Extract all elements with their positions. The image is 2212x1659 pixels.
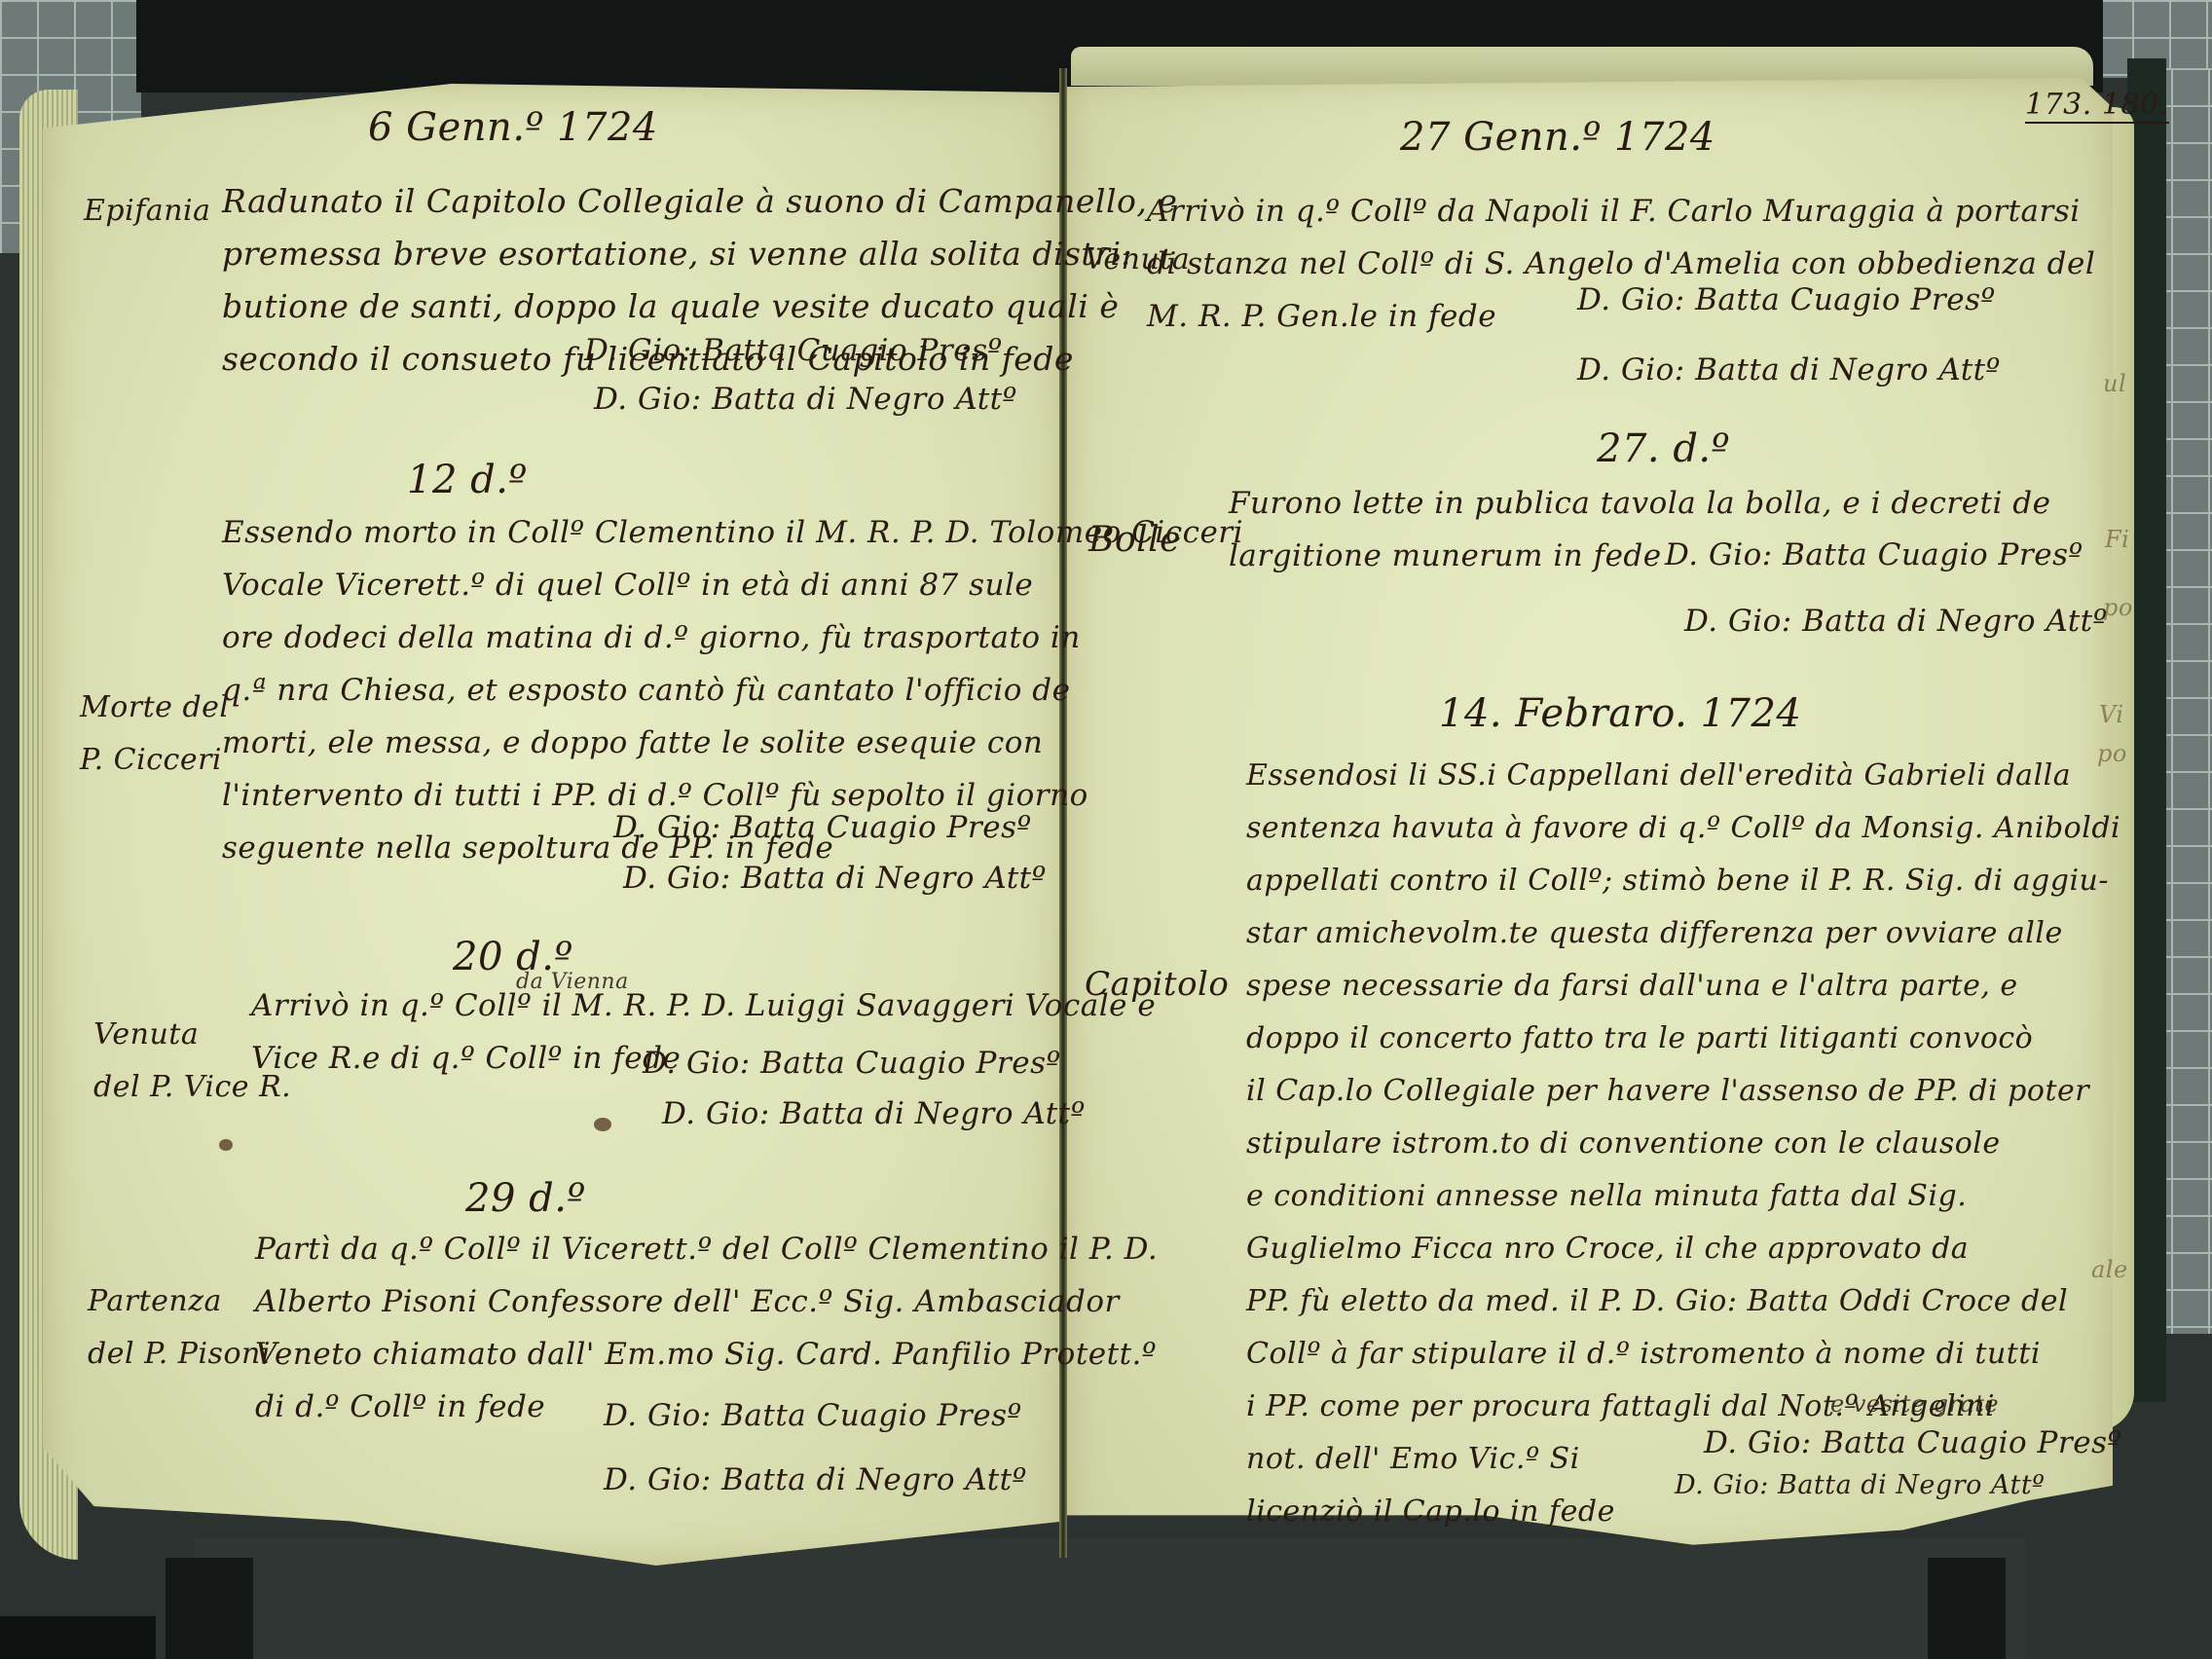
edge-fragment: Fi xyxy=(2105,526,2129,553)
entry-line: q.ª nra Chiesa, et esposto cantò fù cant… xyxy=(222,664,1243,717)
entry-line: Collº à far stipulare il d.º istromento … xyxy=(1246,1328,2120,1381)
margin-note-line: Morte del xyxy=(80,682,230,734)
entry-line: stipulare istrom.to di conventione con l… xyxy=(1246,1118,2120,1170)
edge-fragment: po xyxy=(2097,740,2127,767)
book-cradle-leg xyxy=(1928,1558,2006,1659)
book-cradle-leg xyxy=(166,1558,253,1659)
entry-date: 27. d.º xyxy=(1597,426,1730,471)
entry-line: sentenza havuta à favore di q.º Collº da… xyxy=(1246,802,2120,855)
entry-date: 29 d.º xyxy=(465,1176,586,1221)
signature: D. Gio: Batta Cuagio Presº xyxy=(1577,282,1996,317)
margin-note: Epifania xyxy=(84,185,211,238)
margin-note-line: Capitolo xyxy=(1085,958,1229,1011)
margin-note: Bolle xyxy=(1088,514,1181,567)
entry-line: Veneto chiamato dall' Em.mo Sig. Card. P… xyxy=(255,1328,1158,1381)
signature: D. Gio: Batta Cuagio Presº xyxy=(584,333,1003,368)
entry-line: Vocale Vicerett.º di quel Collº in età d… xyxy=(222,559,1243,611)
entry-line: ore dodeci della matina di d.º giorno, f… xyxy=(222,611,1243,664)
margin-note-line: del P. Pisoni xyxy=(88,1328,271,1381)
margin-note-line: Epifania xyxy=(84,185,211,238)
book-cradle-foot xyxy=(0,1616,156,1659)
entry-line: Partì da q.º Collº il Vicerett.º del Col… xyxy=(255,1223,1158,1275)
entry-line: PP. fù eletto da med. il P. D. Gio: Batt… xyxy=(1246,1275,2120,1328)
signature: D. Gio: Batta di Negro Attº xyxy=(1577,352,2001,387)
entry-line: Furono lette in publica tavola la bolla,… xyxy=(1229,477,2050,530)
margin-note-line: P. Cicceri xyxy=(80,734,230,787)
signature: D. Gio: Batta Cuagio Presº xyxy=(643,1046,1061,1081)
signature: D. Gio: Batta di Negro Attº xyxy=(1684,604,2108,639)
margin-note-line: Partenza xyxy=(88,1275,271,1328)
margin-note-line: Bolle xyxy=(1088,514,1181,567)
signature: D. Gio: Batta di Negro Attº xyxy=(662,1096,1086,1131)
signature: D. Gio: Batta di Negro Attº xyxy=(1675,1470,2045,1500)
interlinear-note: e vesite grate xyxy=(1830,1390,1999,1418)
signature: D. Gio: Batta Cuagio Presº xyxy=(1704,1425,2122,1460)
margin-note: Capitolo xyxy=(1085,958,1229,1011)
entry-line: il Cap.lo Collegiale per havere l'assens… xyxy=(1246,1065,2120,1118)
entry-line: Alberto Pisoni Confessore dell' Ecc.º Si… xyxy=(255,1275,1158,1328)
entry-line: butione de santi, doppo la quale vesite … xyxy=(222,280,1177,333)
entry-line: Arrivò in q.º Collº da Napoli il F. Carl… xyxy=(1147,185,2095,238)
entry-text: Arrivò in q.º Collº da Napoli il F. Carl… xyxy=(1147,185,2095,343)
entry-line: spese necessarie da farsi dall'una e l'a… xyxy=(1246,960,2120,1013)
entry-date: 27 Genn.º 1724 xyxy=(1400,115,1715,160)
entry-line: Arrivò in q.º Collº il M. R. P. D. Luigg… xyxy=(251,979,1156,1032)
book-cradle xyxy=(195,1538,2025,1659)
signature: D. Gio: Batta Cuagio Presº xyxy=(1665,537,2083,572)
signature: D. Gio: Batta Cuagio Presº xyxy=(613,810,1032,845)
edge-fragment: Vi xyxy=(2099,701,2124,728)
entry-date: 6 Genn.º 1724 xyxy=(368,105,658,150)
entry-line: appellati contro il Collº; stimò bene il… xyxy=(1246,855,2120,907)
ink-stain xyxy=(594,1118,611,1131)
entry-line: doppo il concerto fatto tra le parti lit… xyxy=(1246,1013,2120,1065)
signature: D. Gio: Batta di Negro Attº xyxy=(594,382,1017,417)
entry-line: star amichevolm.te questa differenza per… xyxy=(1246,907,2120,960)
signature: D. Gio: Batta di Negro Attº xyxy=(623,861,1047,896)
entry-line: morti, ele messa, e doppo fatte le solit… xyxy=(222,717,1243,769)
ink-stain xyxy=(219,1139,233,1151)
edge-fragment: po xyxy=(2103,594,2133,621)
entry-date: 14. Febraro. 1724 xyxy=(1439,691,1801,736)
margin-note: Morte del P. Cicceri xyxy=(80,682,230,787)
edge-fragment: ul xyxy=(2103,370,2126,397)
signature: D. Gio: Batta di Negro Attº xyxy=(604,1462,1027,1497)
entry-line: Radunato il Capitolo Collegiale à suono … xyxy=(222,175,1177,228)
entry-text: Essendosi li SS.i Cappellani dell'eredit… xyxy=(1246,750,2120,1538)
margin-note: Partenza del P. Pisoni xyxy=(88,1275,271,1381)
entry-line: Guglielmo Ficca nro Croce, il che approv… xyxy=(1246,1223,2120,1275)
entry-line: e conditioni annesse nella minuta fatta … xyxy=(1246,1170,2120,1223)
signature: D. Gio: Batta Cuagio Presº xyxy=(604,1398,1022,1433)
entry-date: 12 d.º xyxy=(407,458,528,502)
entry-line: premessa breve esortatione, si venne all… xyxy=(222,228,1177,280)
edge-fragment: ale xyxy=(2091,1256,2128,1283)
folio-number: 173. 180. xyxy=(2025,88,2169,124)
entry-line: Essendosi li SS.i Cappellani dell'eredit… xyxy=(1246,750,2120,802)
